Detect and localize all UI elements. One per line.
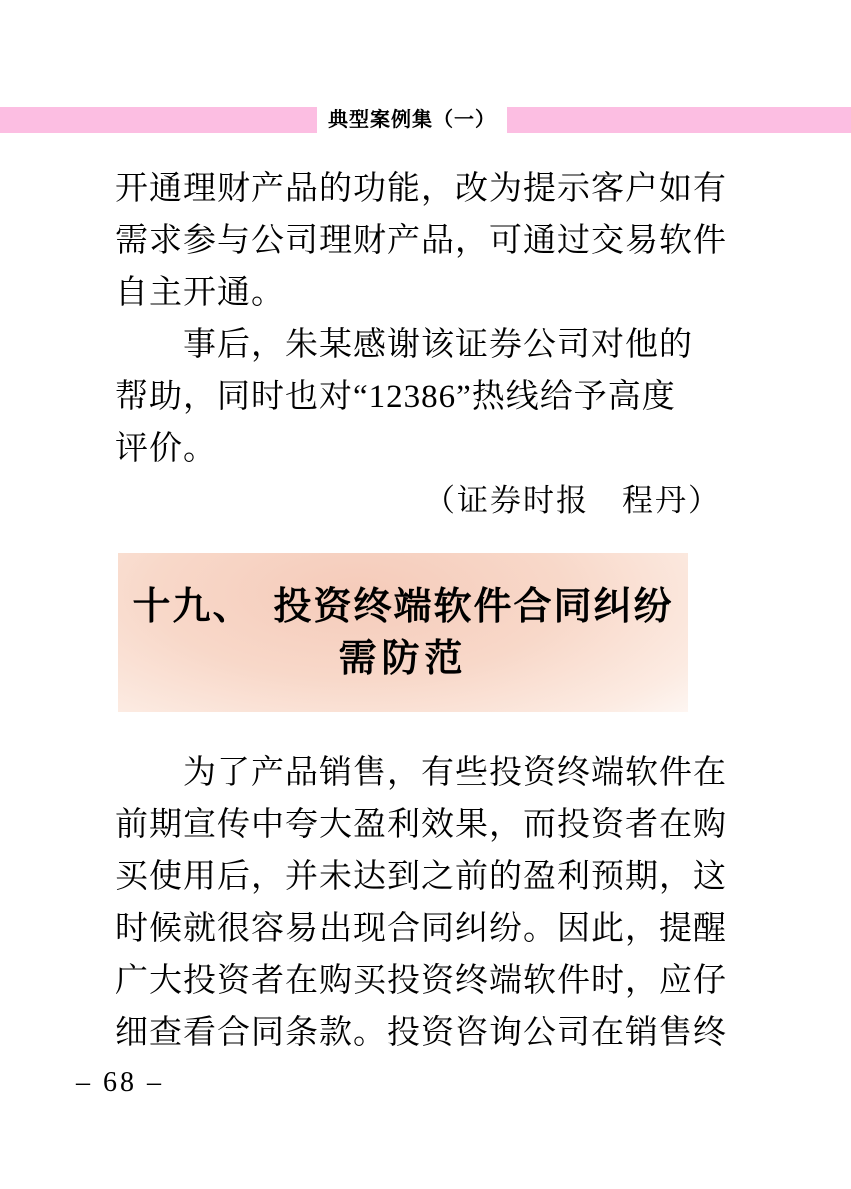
text-line: 为了产品销售，有些投资终端软件在: [115, 747, 740, 799]
text-line: 需求参与公司理财产品，可通过交易软件: [115, 215, 740, 267]
section-heading-line-2: 需防范: [118, 633, 688, 685]
text-line: 事后，朱某感谢该证券公司对他的: [115, 319, 740, 371]
text-line: 买使用后，并未达到之前的盈利预期，这: [115, 851, 740, 903]
text-line: 前期宣传中夸大盈利效果，而投资者在购: [115, 799, 740, 851]
text-line: 评价。: [115, 423, 740, 475]
paragraph-1: 开通理财产品的功能，改为提示客户如有需求参与公司理财产品，可通过交易软件自主开通…: [115, 163, 740, 319]
text-line: 开通理财产品的功能，改为提示客户如有: [115, 163, 740, 215]
header-title: 典型案例集（一）: [317, 107, 507, 133]
source-attribution: （证券时报 程丹）: [115, 475, 735, 527]
running-header: 典型案例集（一）: [0, 107, 851, 133]
header-bar-right: [507, 107, 851, 133]
text-line: 时候就很容易出现合同纠纷。因此，提醒: [115, 903, 740, 955]
section-heading-line-1: 十九、 投资终端软件合同纠纷: [118, 553, 688, 633]
text-line: 细查看合同条款。投资咨询公司在销售终: [115, 1007, 740, 1059]
text-line: 帮助，同时也对“12386”热线给予高度: [115, 371, 740, 423]
section-heading-plate: 十九、 投资终端软件合同纠纷 需防范: [118, 553, 688, 712]
page-number: – 68 –: [76, 1066, 164, 1100]
header-bar-left: [0, 107, 317, 133]
text-line: 广大投资者在购买投资终端软件时，应仔: [115, 955, 740, 1007]
text-line: 自主开通。: [115, 267, 740, 319]
paragraph-3: 为了产品销售，有些投资终端软件在前期宣传中夸大盈利效果，而投资者在购买使用后，并…: [115, 747, 740, 1059]
paragraph-2: 事后，朱某感谢该证券公司对他的帮助，同时也对“12386”热线给予高度评价。: [115, 319, 740, 475]
book-page: 典型案例集（一） 开通理财产品的功能，改为提示客户如有需求参与公司理财产品，可通…: [0, 0, 851, 1189]
